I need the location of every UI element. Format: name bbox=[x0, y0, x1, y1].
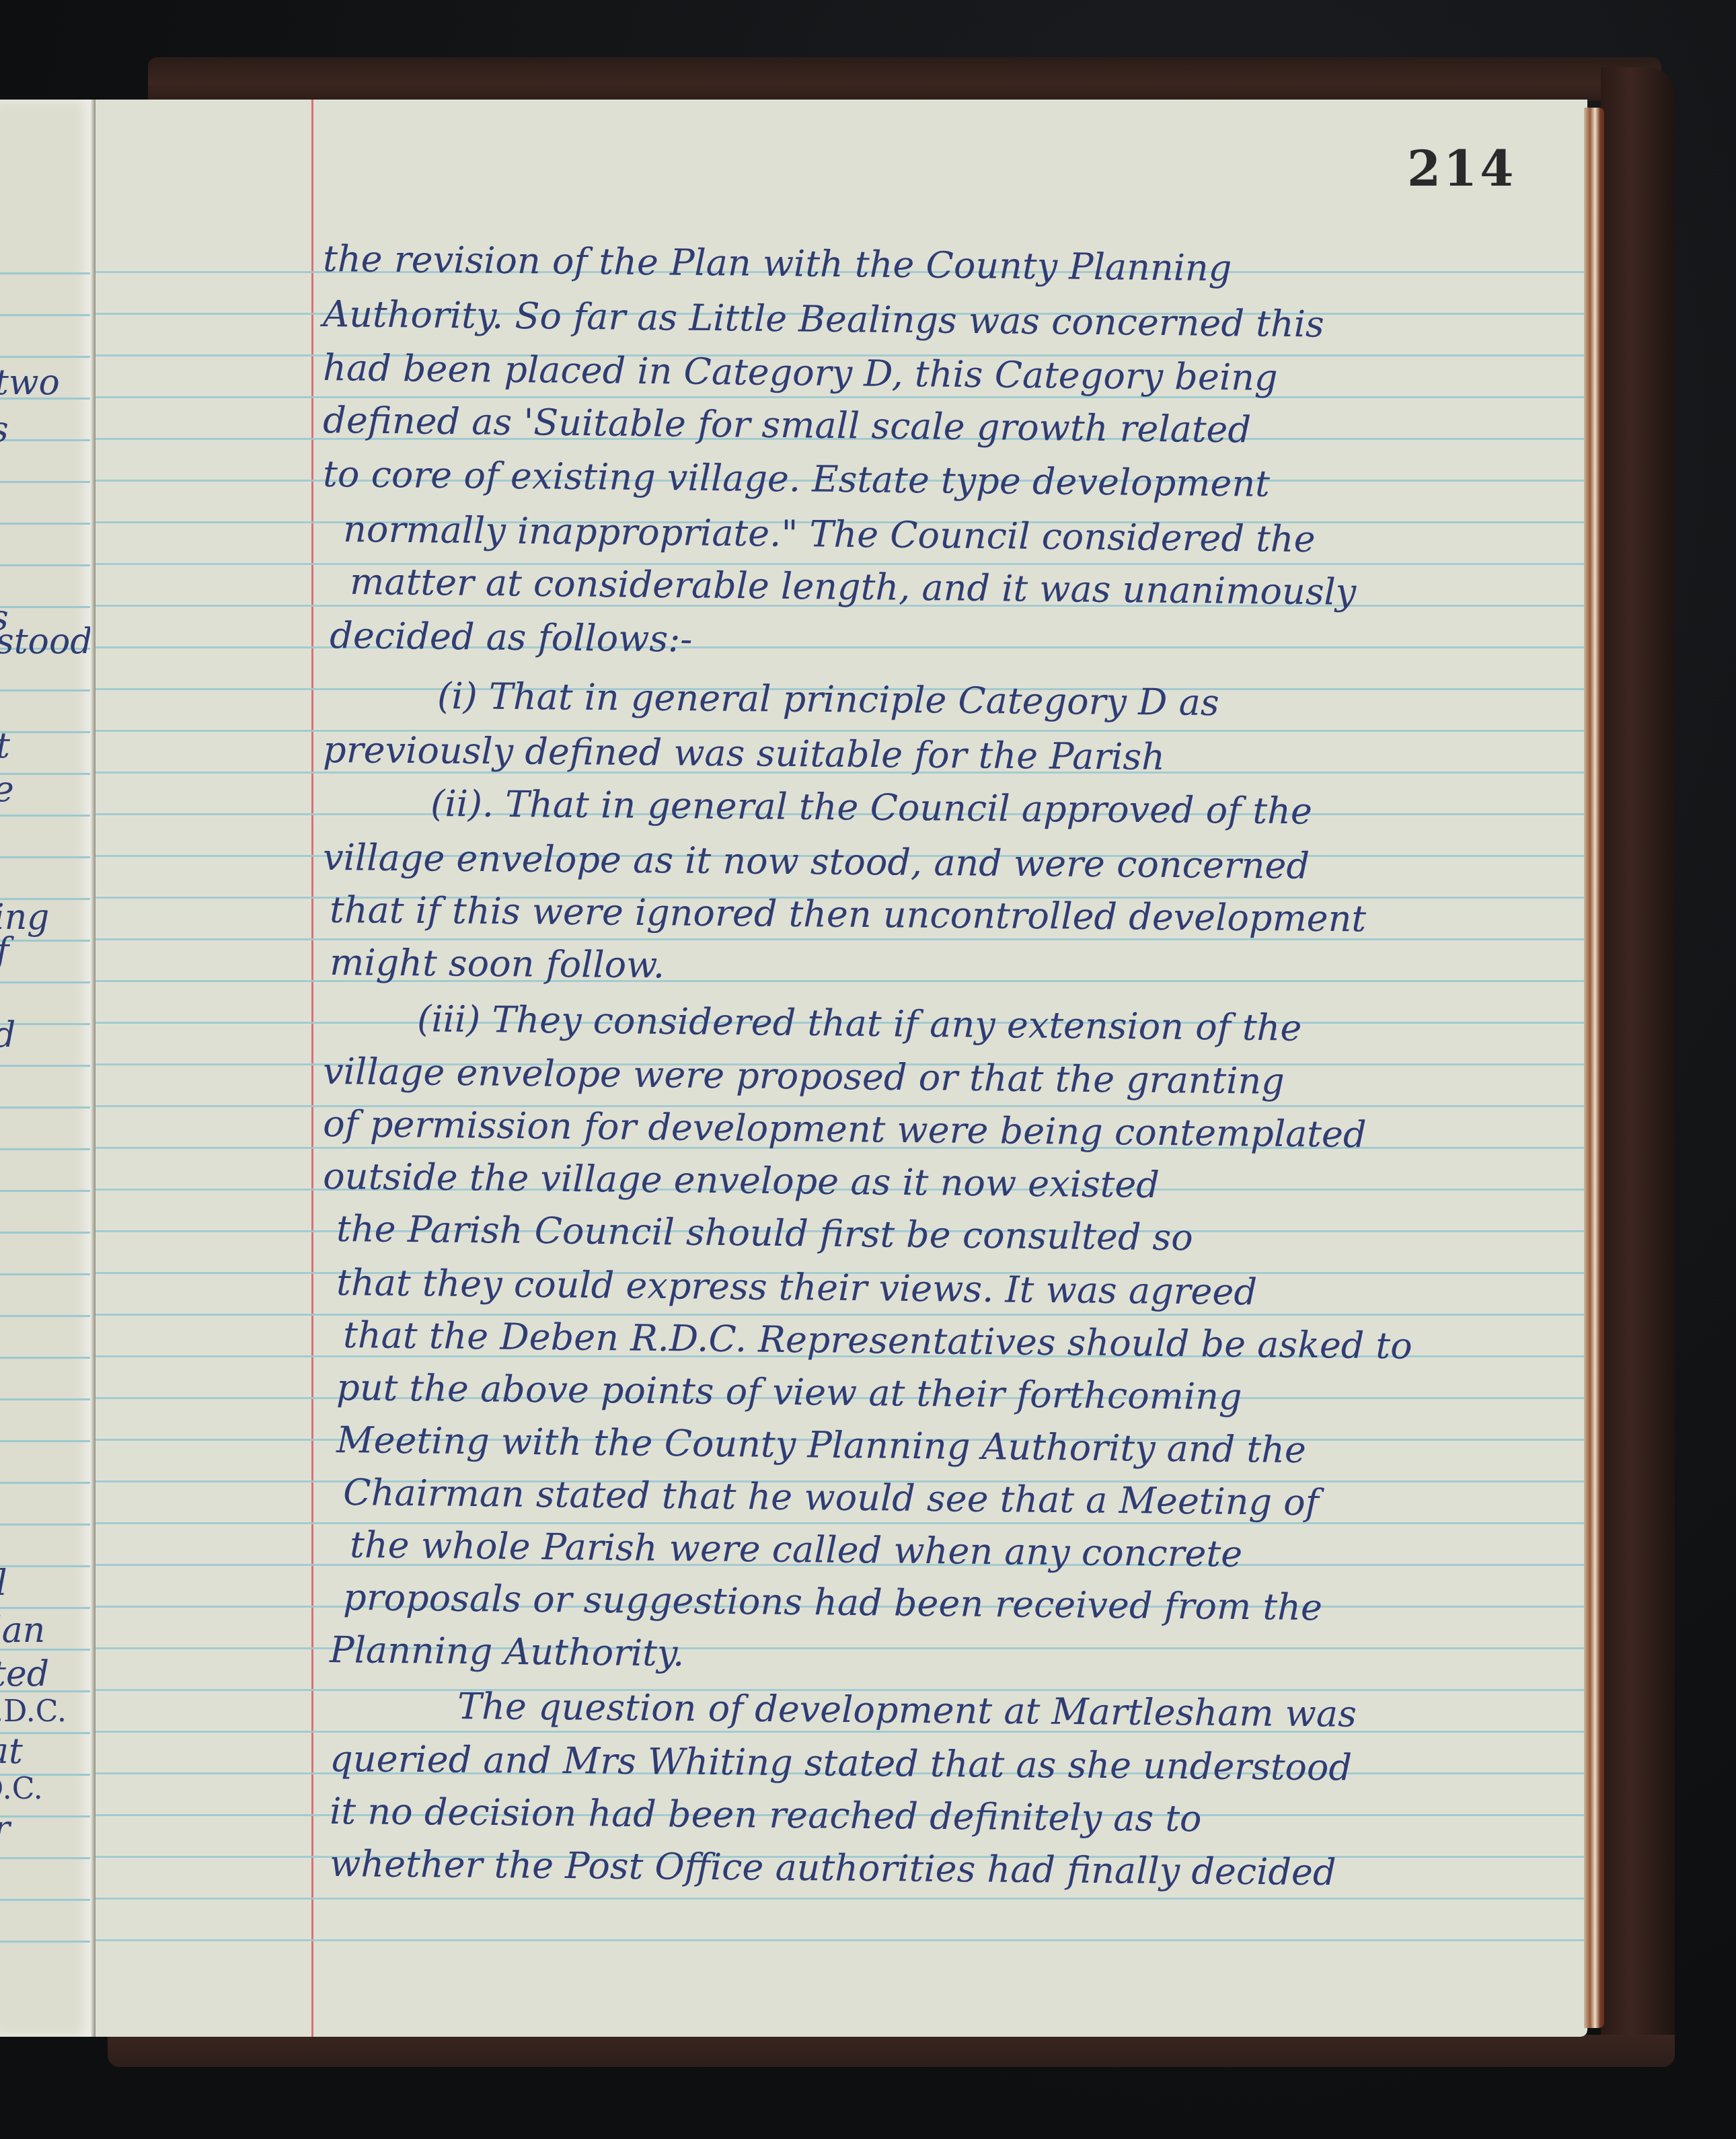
left-rule bbox=[0, 815, 94, 817]
ruled-line bbox=[96, 1647, 1587, 1649]
handwritten-line: had been placed in Category D, this Cate… bbox=[323, 350, 1278, 396]
ruled-line bbox=[96, 1314, 1587, 1316]
page-number: 214 bbox=[1407, 140, 1516, 197]
handwritten-line: put the above points of view at their fo… bbox=[336, 1369, 1242, 1415]
left-page-fragment: two bbox=[0, 365, 60, 400]
page-block-edges bbox=[1584, 108, 1604, 2028]
handwritten-line: the revision of the Plan with the County… bbox=[323, 241, 1232, 287]
handwritten-line: outside the village envelope as it now e… bbox=[323, 1158, 1160, 1203]
left-page-fragment: e bbox=[0, 772, 14, 807]
left-page-fragment: s bbox=[0, 412, 9, 447]
left-page-fragment: ing bbox=[0, 900, 49, 935]
handwritten-line: decided as follows:- bbox=[330, 617, 693, 658]
handwritten-line: Authority. So far as Little Bealings was… bbox=[323, 296, 1324, 343]
left-page-fragment: R.D.C. bbox=[0, 1697, 67, 1727]
left-page-fragment: lan bbox=[0, 1613, 45, 1648]
handwritten-line: village envelope as it now stood, and we… bbox=[323, 839, 1310, 885]
left-page-fragment: d bbox=[0, 1018, 15, 1053]
handwritten-line: village envelope were proposed or that t… bbox=[323, 1053, 1285, 1100]
left-rule bbox=[0, 1065, 94, 1067]
left-rule bbox=[0, 1857, 94, 1859]
cover-top-edge bbox=[148, 57, 1661, 101]
ruled-line bbox=[96, 1522, 1587, 1524]
left-rule bbox=[0, 981, 94, 983]
handwritten-line: The question of development at Martlesha… bbox=[457, 1688, 1357, 1733]
left-rule bbox=[0, 564, 94, 566]
left-rule bbox=[0, 1106, 94, 1109]
handwritten-line: of permission for development were being… bbox=[323, 1106, 1367, 1153]
left-rule bbox=[0, 1815, 94, 1817]
book-gutter-fold bbox=[90, 100, 96, 2037]
left-page-fragment: D.C. bbox=[0, 1774, 43, 1804]
left-rule bbox=[0, 1565, 94, 1567]
left-page-fragment: at bbox=[0, 1734, 23, 1769]
ruled-line bbox=[96, 1898, 1587, 1900]
left-rule bbox=[0, 1524, 94, 1526]
left-page-fragment: stood bbox=[0, 624, 92, 659]
left-rule bbox=[0, 439, 94, 441]
ruled-line bbox=[96, 563, 1587, 565]
left-rule bbox=[0, 773, 94, 775]
right-page: 214 the revision of the Plan with the Co… bbox=[96, 100, 1587, 2037]
left-page-fragment: t bbox=[0, 728, 10, 763]
left-rule bbox=[0, 523, 94, 525]
ruled-line bbox=[96, 646, 1587, 648]
handwritten-line: normally inappropriate." The Council con… bbox=[343, 511, 1316, 558]
handwritten-line: previously defined was suitable for the … bbox=[323, 732, 1165, 776]
handwritten-line: (iii) They considered that if any extens… bbox=[417, 1001, 1302, 1047]
ruled-line bbox=[96, 396, 1587, 398]
cover-right-edge bbox=[1601, 67, 1675, 2058]
handwritten-line: the Parish Council should first be consu… bbox=[336, 1211, 1193, 1256]
left-rule bbox=[0, 731, 94, 733]
left-rule bbox=[0, 1398, 94, 1400]
handwritten-line: the whole Parish were called when any co… bbox=[350, 1527, 1242, 1573]
left-rule bbox=[0, 1190, 94, 1192]
ruled-line bbox=[96, 1731, 1587, 1733]
red-margin-line bbox=[311, 100, 313, 2037]
handwritten-line: to core of existing village. Estate type… bbox=[323, 456, 1270, 502]
handwritten-line: might soon follow. bbox=[330, 944, 665, 983]
handwritten-line: (i) That in general principle Category D… bbox=[437, 678, 1219, 721]
left-page-fragment: ted bbox=[0, 1657, 49, 1692]
left-rule bbox=[0, 272, 94, 274]
left-rule bbox=[0, 940, 94, 942]
left-rule bbox=[0, 1899, 94, 1901]
handwritten-line: Chairman stated that he would see that a… bbox=[343, 1474, 1319, 1521]
handwritten-line: that if this were ignored then uncontrol… bbox=[330, 892, 1366, 937]
left-rule bbox=[0, 314, 94, 316]
handwritten-line: whether the Post Office authorities had … bbox=[330, 1846, 1336, 1891]
left-rule bbox=[0, 1315, 94, 1317]
left-rule bbox=[0, 1148, 94, 1150]
handwritten-line: defined as 'Suitable for small scale gro… bbox=[323, 402, 1251, 448]
left-rule bbox=[0, 1232, 94, 1234]
handwritten-line: it no decision had been reached definite… bbox=[330, 1793, 1202, 1837]
left-rule bbox=[0, 689, 94, 691]
left-page: two s s stood t e ing f d l lan ted R.D.… bbox=[0, 100, 94, 2037]
ruled-line bbox=[96, 1939, 1587, 1941]
left-rule bbox=[0, 1273, 94, 1275]
left-rule bbox=[0, 481, 94, 483]
ruled-line bbox=[96, 730, 1587, 732]
left-rule bbox=[0, 356, 94, 358]
left-page-fragment: l bbox=[0, 1566, 7, 1601]
left-rule bbox=[0, 856, 94, 858]
handwritten-line: matter at considerable length, and it wa… bbox=[350, 564, 1357, 611]
handwritten-line: that they could express their views. It … bbox=[336, 1265, 1257, 1310]
left-page-fragment: f bbox=[0, 934, 9, 969]
ruled-line bbox=[96, 980, 1587, 982]
cover-bottom-edge bbox=[108, 2035, 1675, 2067]
handwritten-line: that the Deben R.D.C. Representatives sh… bbox=[343, 1317, 1412, 1365]
handwritten-line: Planning Authority. bbox=[330, 1632, 685, 1672]
handwritten-line: (ii). That in general the Council approv… bbox=[430, 786, 1312, 829]
left-rule bbox=[0, 1607, 94, 1609]
left-rule bbox=[0, 1482, 94, 1484]
handwritten-line: Meeting with the County Planning Authori… bbox=[336, 1422, 1306, 1468]
handwritten-line: queried and Mrs Whiting stated that as s… bbox=[330, 1741, 1352, 1786]
left-rule bbox=[0, 606, 94, 608]
ruled-line bbox=[96, 1105, 1587, 1107]
left-page-fragment: r bbox=[0, 1811, 10, 1846]
left-rule bbox=[0, 1440, 94, 1442]
left-rule bbox=[0, 1357, 94, 1359]
left-rule bbox=[0, 1941, 94, 1943]
handwritten-line: proposals or suggestions had been receiv… bbox=[343, 1579, 1322, 1626]
